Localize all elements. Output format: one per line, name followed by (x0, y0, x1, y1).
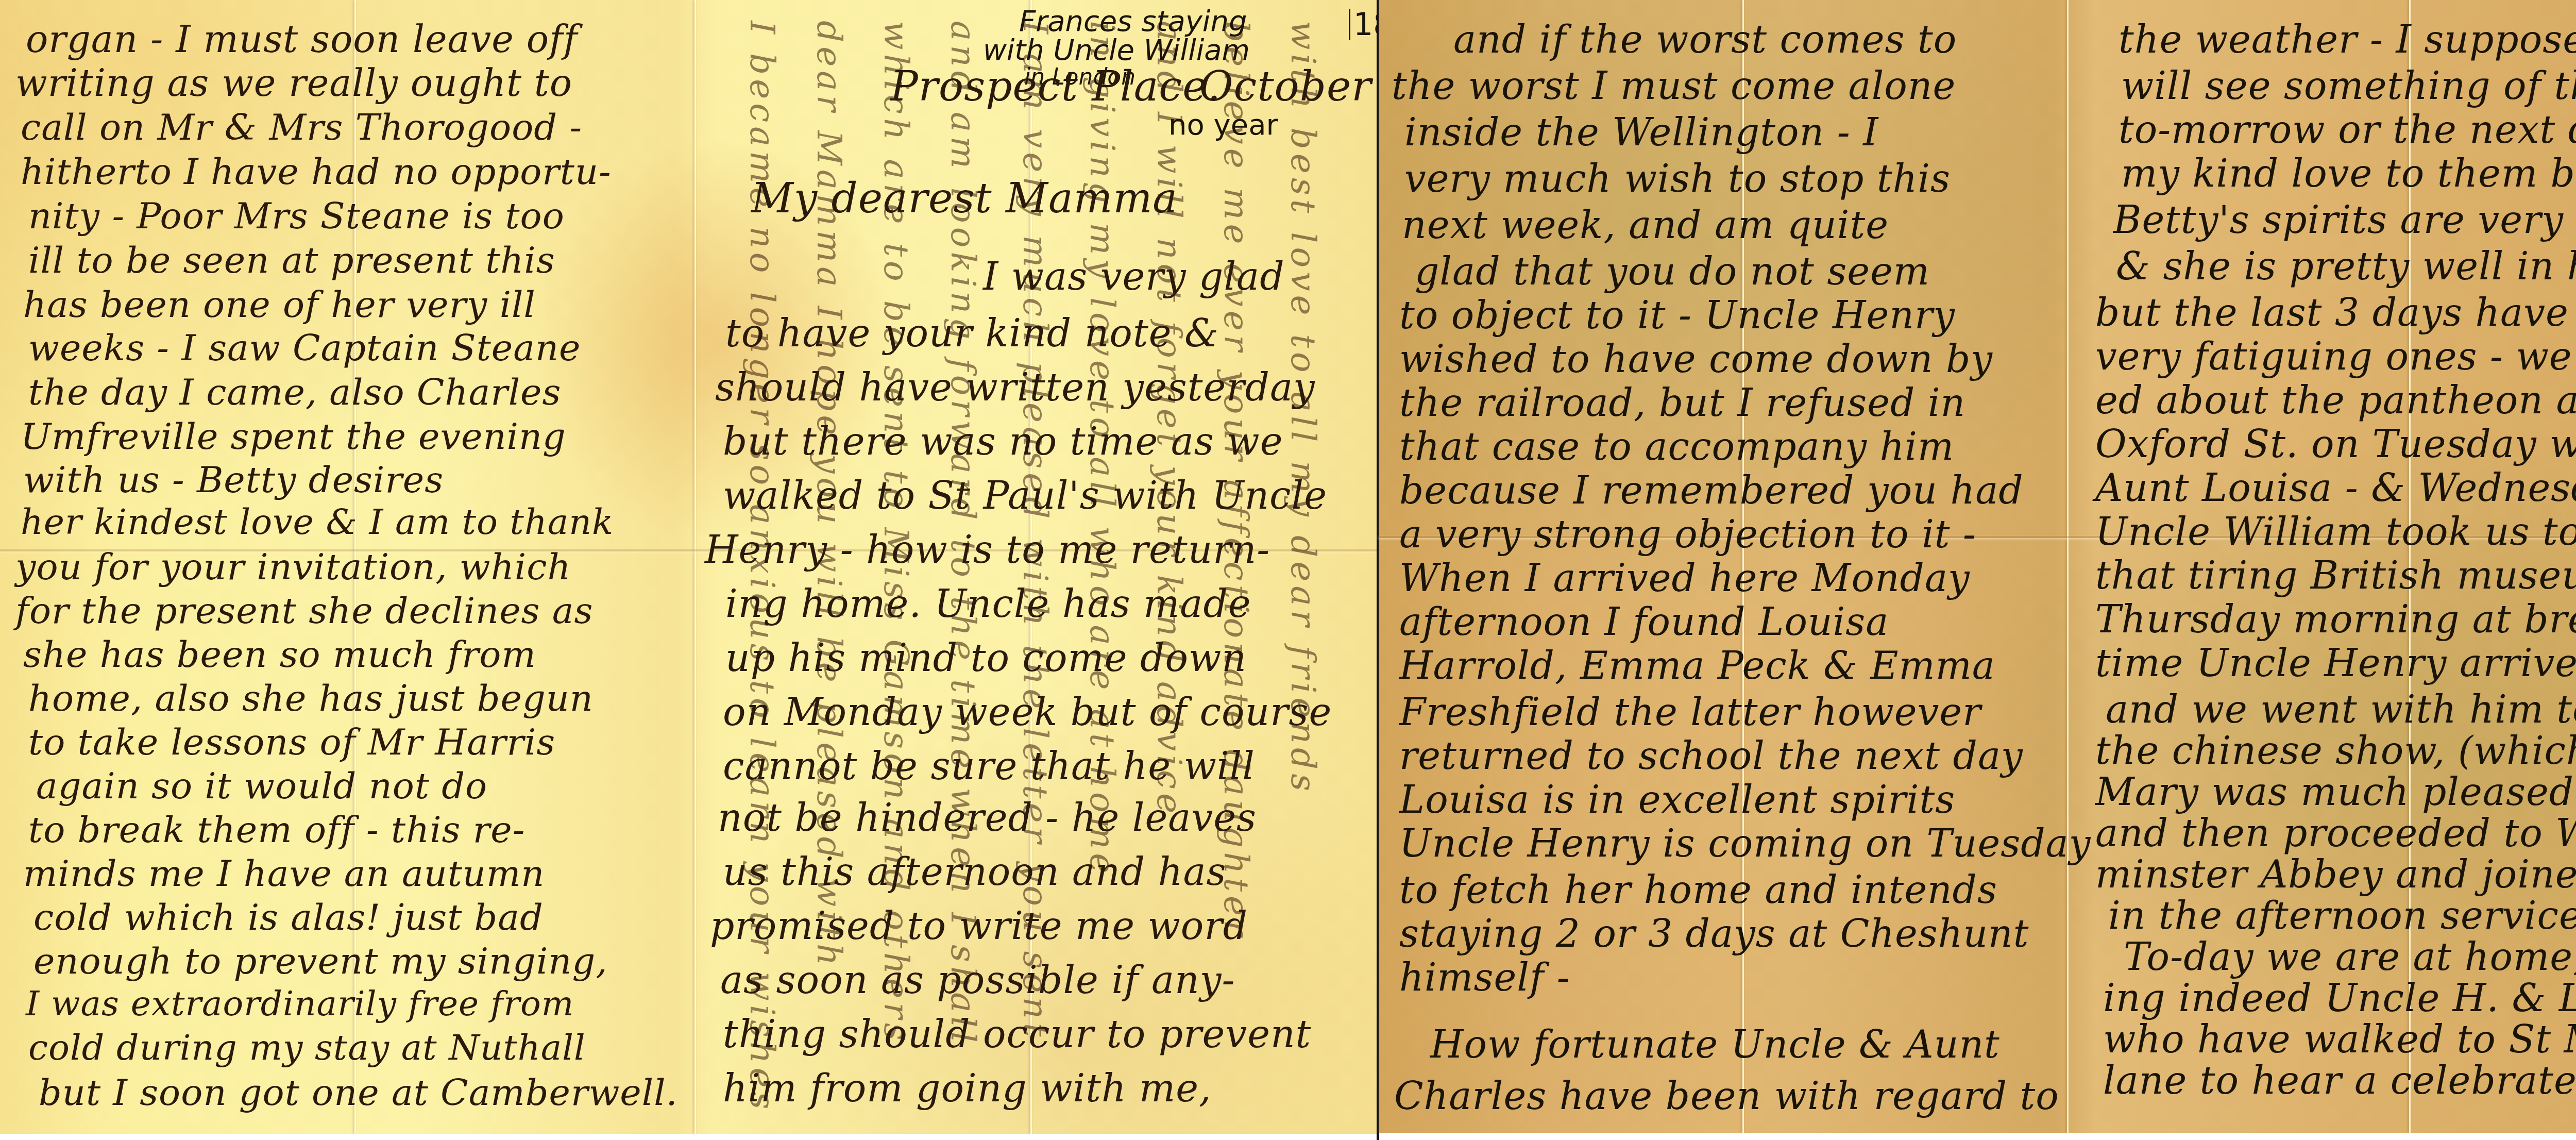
archivist-note-line1: Frances staying (1019, 7, 1247, 36)
text-line: as soon as possible if any- (720, 961, 1235, 999)
text-line: on Monday week but of course (723, 693, 1332, 731)
text-line: him from going with me, (723, 1069, 1212, 1108)
text-line: Uncle Henry is coming on Tuesday (1399, 825, 2091, 863)
text-line: minds me I have an autumn (23, 856, 545, 892)
text-line: Umfreville spent the evening (21, 418, 566, 455)
text-line: walked to St Paul's with Uncle (723, 477, 1327, 515)
text-line: to object to it - Uncle Henry (1399, 296, 1955, 334)
text-line: organ - I must soon leave off (26, 21, 578, 58)
text-line: himself - (1399, 959, 1570, 997)
text-line: & she is pretty well in health (2116, 247, 2576, 286)
text-line: I was very glad (983, 258, 1285, 296)
text-line: hitherto I have had no opportu- (21, 154, 612, 190)
text-line: I was extraordinarily free from (26, 987, 574, 1021)
text-line: cold which is alas! just bad (33, 899, 544, 935)
text-line: inside the Wellington - I (1404, 113, 1878, 152)
text-line: up his mind to come down (725, 639, 1247, 677)
text-line: my kind love to them both - (2121, 155, 2576, 193)
text-line: weeks - I saw Captain Steane (28, 330, 581, 366)
text-line: again so it would not do (36, 768, 487, 804)
text-line: in the afternoon service - (2108, 897, 2576, 935)
right-sheet: and if the worst comes to the worst I mu… (1379, 0, 2576, 1133)
text-line: the chinese show, (which I think (2095, 732, 2576, 770)
text-line: Charles have been with regard to (1394, 1077, 2059, 1115)
text-line: to have your kind note & (725, 314, 1219, 353)
text-line: Harrold, Emma Peck & Emma (1399, 647, 1995, 685)
text-line: her kindest love & I am to thank (21, 505, 614, 540)
text-line: ill to be seen at present this (28, 242, 555, 278)
text-line: promised to write me word (710, 907, 1248, 945)
text-line: lane to hear a celebrated (2103, 1062, 2576, 1100)
text-line: very much wish to stop this (1404, 160, 1951, 198)
text-line: but the last 3 days have been (2095, 294, 2576, 332)
text-line: Henry - how is to me return- (705, 531, 1270, 569)
text-line: ing indeed Uncle H. & Louisa (2103, 979, 2576, 1017)
text-line: ed about the pantheon and (2095, 381, 2576, 420)
left-sheet: organ - I must soon leave off writing as… (0, 0, 1377, 1134)
text-line: returned to school the next day (1399, 737, 2023, 775)
archivist-year-note: no year (1168, 111, 1278, 140)
text-line: glad that you do not seem (1415, 253, 1930, 291)
text-line: How fortunate Uncle & Aunt (1430, 1026, 2000, 1064)
text-line: the worst I must come alone (1392, 67, 1956, 105)
text-line: thing should occur to prevent (723, 1015, 1311, 1053)
text-line: has been one of her very ill (23, 287, 536, 323)
text-line: will see something of them (2121, 67, 2576, 105)
page-panel-2: I became no longer so anxious to learn y… (694, 0, 1377, 1134)
text-line: call on Mr & Mrs Thorogood - (21, 109, 582, 145)
text-line: Mary was much pleased with) (2095, 773, 2576, 811)
text-line: wished to have come down by (1399, 340, 1993, 378)
text-line: afternoon I found Louisa (1399, 603, 1889, 641)
text-line: time Uncle Henry arrived (2095, 644, 2576, 682)
text-line: next week, and am quite (1402, 206, 1889, 244)
salutation: My dearest Mamma (751, 178, 1178, 219)
text-line: a very strong objection to it - (1399, 515, 1976, 554)
text-line: the weather - I suppose you (2119, 21, 2576, 59)
address-line: Prospect Place. (890, 66, 1221, 107)
text-line: nity - Poor Mrs Steane is too (28, 198, 565, 234)
text-line: writing as we really ought to (15, 64, 572, 102)
text-line: very fatiguing ones - we walk- (2095, 338, 2576, 376)
text-line: Uncle William took us to (2095, 513, 2576, 551)
text-line: Betty's spirits are very good (2113, 201, 2576, 239)
text-line: enough to prevent my singing, (33, 943, 607, 979)
text-line: When I arrived here Monday (1399, 559, 1970, 597)
text-line: should have written yesterday (715, 368, 1315, 407)
text-line: and then proceeded to West- (2095, 814, 2576, 852)
text-line: us this afternoon and has (723, 853, 1227, 891)
text-line: to-morrow or the next day give (2119, 111, 2576, 149)
archivist-note-line2: with Uncle William (983, 36, 1250, 65)
text-line: but there was no time as we (723, 423, 1283, 461)
text-line: staying 2 or 3 days at Cheshunt (1399, 915, 2029, 953)
text-line: cold during my stay at Nuthall (28, 1031, 586, 1066)
text-line: that tiring British museum (2095, 557, 2576, 595)
text-line: to take lessons of Mr Harris (28, 724, 555, 760)
page-panel-1: organ - I must soon leave off writing as… (0, 0, 694, 1134)
text-line: the railroad, but I refused in (1399, 384, 1965, 422)
page-panel-3: and if the worst comes to the worst I mu… (1379, 0, 2067, 1134)
text-line: with us - Betty desires (23, 462, 444, 498)
page-panel-4: the weather - I suppose you will see som… (2067, 0, 2576, 1134)
text-line: because I remembered you had (1399, 472, 2024, 510)
text-line: who have walked to St Martin's (2103, 1020, 2576, 1059)
text-line: Oxford St. on Tuesday with (2095, 425, 2576, 463)
text-line: that case to accompany him (1399, 428, 1954, 466)
text-line: not be hindered - he leaves (718, 799, 1257, 837)
text-line: Thursday morning at breakfast (2095, 600, 2576, 639)
text-line: Aunt Louisa - & Wednesday (2095, 469, 2576, 507)
text-line: but I soon got one at Camberwell. (39, 1075, 678, 1111)
text-line: Louisa is in excellent spirits (1399, 781, 1955, 819)
text-line: the day I came, also Charles (28, 374, 561, 410)
text-line: you for your invitation, which (15, 549, 571, 585)
text-line: Freshfield the latter however (1399, 693, 1981, 731)
text-line: ing home. Uncle has made (725, 585, 1251, 623)
text-line: To-day we are at home, except- (2124, 938, 2576, 976)
text-line: to break them off - this re- (28, 812, 525, 848)
text-line: cannot be sure that he will (723, 747, 1255, 785)
text-line: to fetch her home and intends (1399, 871, 1997, 909)
text-line: she has been so much from (23, 636, 536, 673)
text-line: and if the worst comes to (1453, 21, 1957, 59)
text-line: for the present she declines as (15, 593, 593, 629)
text-line: home, also she has just begun (28, 680, 594, 716)
text-line: and we went with him to (2106, 691, 2576, 729)
text-line: minster Abbey and joined (2095, 856, 2576, 894)
